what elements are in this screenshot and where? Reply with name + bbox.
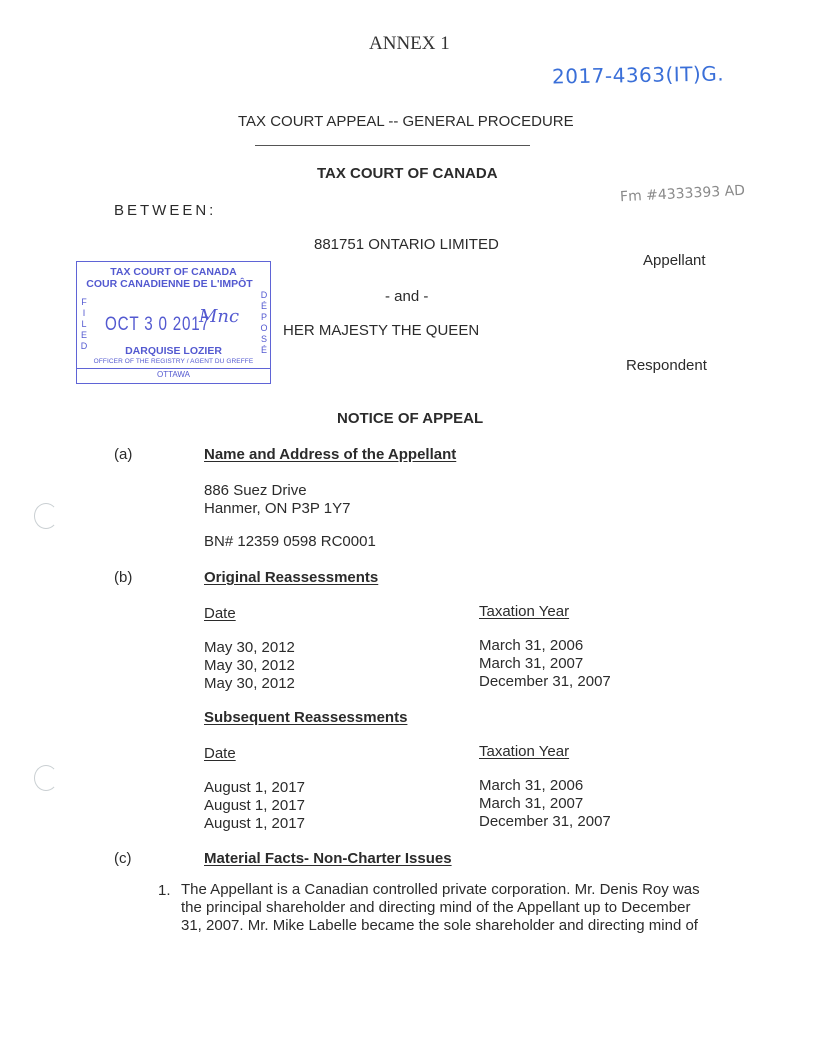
subsequent-reassessments-heading: Subsequent Reassessments xyxy=(204,709,407,726)
paragraph-line: 31, 2007. Mr. Mike Labelle became the so… xyxy=(181,917,700,935)
hole-punch-mark xyxy=(34,503,58,529)
reassessment-date: August 1, 2017 xyxy=(204,815,305,832)
taxation-year: December 31, 2007 xyxy=(479,813,611,830)
section-b-marker: (b) xyxy=(114,569,132,586)
reassessment-date: May 30, 2012 xyxy=(204,657,295,674)
handwritten-file-number: 2017-4363(IT)G. xyxy=(552,62,724,89)
court-name: TAX COURT OF CANADA xyxy=(317,165,498,182)
stamp-initials: Mnc xyxy=(199,306,239,327)
reassessment-date: May 30, 2012 xyxy=(204,639,295,656)
notice-title: NOTICE OF APPEAL xyxy=(337,410,483,427)
reassessment-date: May 30, 2012 xyxy=(204,675,295,692)
subsequent-date-header: Date xyxy=(204,745,236,762)
between-label: BETWEEN: xyxy=(114,202,216,219)
original-year-header: Taxation Year xyxy=(479,603,569,620)
and-separator: - and - xyxy=(385,288,428,305)
original-date-header: Date xyxy=(204,605,236,622)
hole-punch-mark xyxy=(34,765,58,791)
appellant-name: 881751 ONTARIO LIMITED xyxy=(314,236,499,253)
title-divider xyxy=(255,145,530,146)
stamp-office: OFFICER OF THE REGISTRY / AGENT DU GREFF… xyxy=(77,358,270,365)
stamp-court-fr: COUR CANADIENNE DE L'IMPÔT xyxy=(77,278,262,290)
section-c-marker: (c) xyxy=(114,850,132,867)
stamp-clerk-name: DARQUISE LOZIER xyxy=(77,345,270,357)
subsequent-year-header: Taxation Year xyxy=(479,743,569,760)
reassessment-date: August 1, 2017 xyxy=(204,779,305,796)
paragraph-1: The Appellant is a Canadian controlled p… xyxy=(181,881,700,935)
annex-label: ANNEX 1 xyxy=(369,33,450,55)
appellant-address: 886 Suez Drive Hanmer, ON P3P 1Y7 xyxy=(204,482,350,518)
paragraph-line: the principal shareholder and directing … xyxy=(181,899,700,917)
section-a-marker: (a) xyxy=(114,446,132,463)
paragraph-line: The Appellant is a Canadian controlled p… xyxy=(181,881,700,899)
taxation-year: December 31, 2007 xyxy=(479,673,611,690)
taxation-year: March 31, 2007 xyxy=(479,655,583,672)
handwritten-fm-number: Fm #4333393 AD xyxy=(620,183,746,206)
taxation-year: March 31, 2006 xyxy=(479,637,583,654)
respondent-name: HER MAJESTY THE QUEEN xyxy=(283,322,479,339)
filed-stamp: TAX COURT OF CANADA COUR CANADIENNE DE L… xyxy=(76,261,271,384)
appellant-role: Appellant xyxy=(643,252,706,269)
section-a-heading: Name and Address of the Appellant xyxy=(204,446,456,463)
address-line-2: Hanmer, ON P3P 1Y7 xyxy=(204,500,350,518)
stamp-city: OTTAWA xyxy=(77,368,270,379)
taxation-year: March 31, 2007 xyxy=(479,795,583,812)
respondent-role: Respondent xyxy=(626,357,707,374)
address-line-1: 886 Suez Drive xyxy=(204,482,350,500)
business-number: BN# 12359 0598 RC0001 xyxy=(204,533,376,550)
stamp-court-en: TAX COURT OF CANADA xyxy=(77,266,270,278)
stamp-date: OCT 3 0 2017 xyxy=(105,314,210,336)
stamp-filed-vertical: FILED xyxy=(80,297,88,352)
reassessment-date: August 1, 2017 xyxy=(204,797,305,814)
paragraph-number: 1. xyxy=(158,882,171,899)
section-c-heading: Material Facts- Non-Charter Issues xyxy=(204,850,452,867)
taxation-year: March 31, 2006 xyxy=(479,777,583,794)
original-reassessments-heading: Original Reassessments xyxy=(204,569,378,586)
procedure-title: TAX COURT APPEAL -- GENERAL PROCEDURE xyxy=(238,113,574,130)
